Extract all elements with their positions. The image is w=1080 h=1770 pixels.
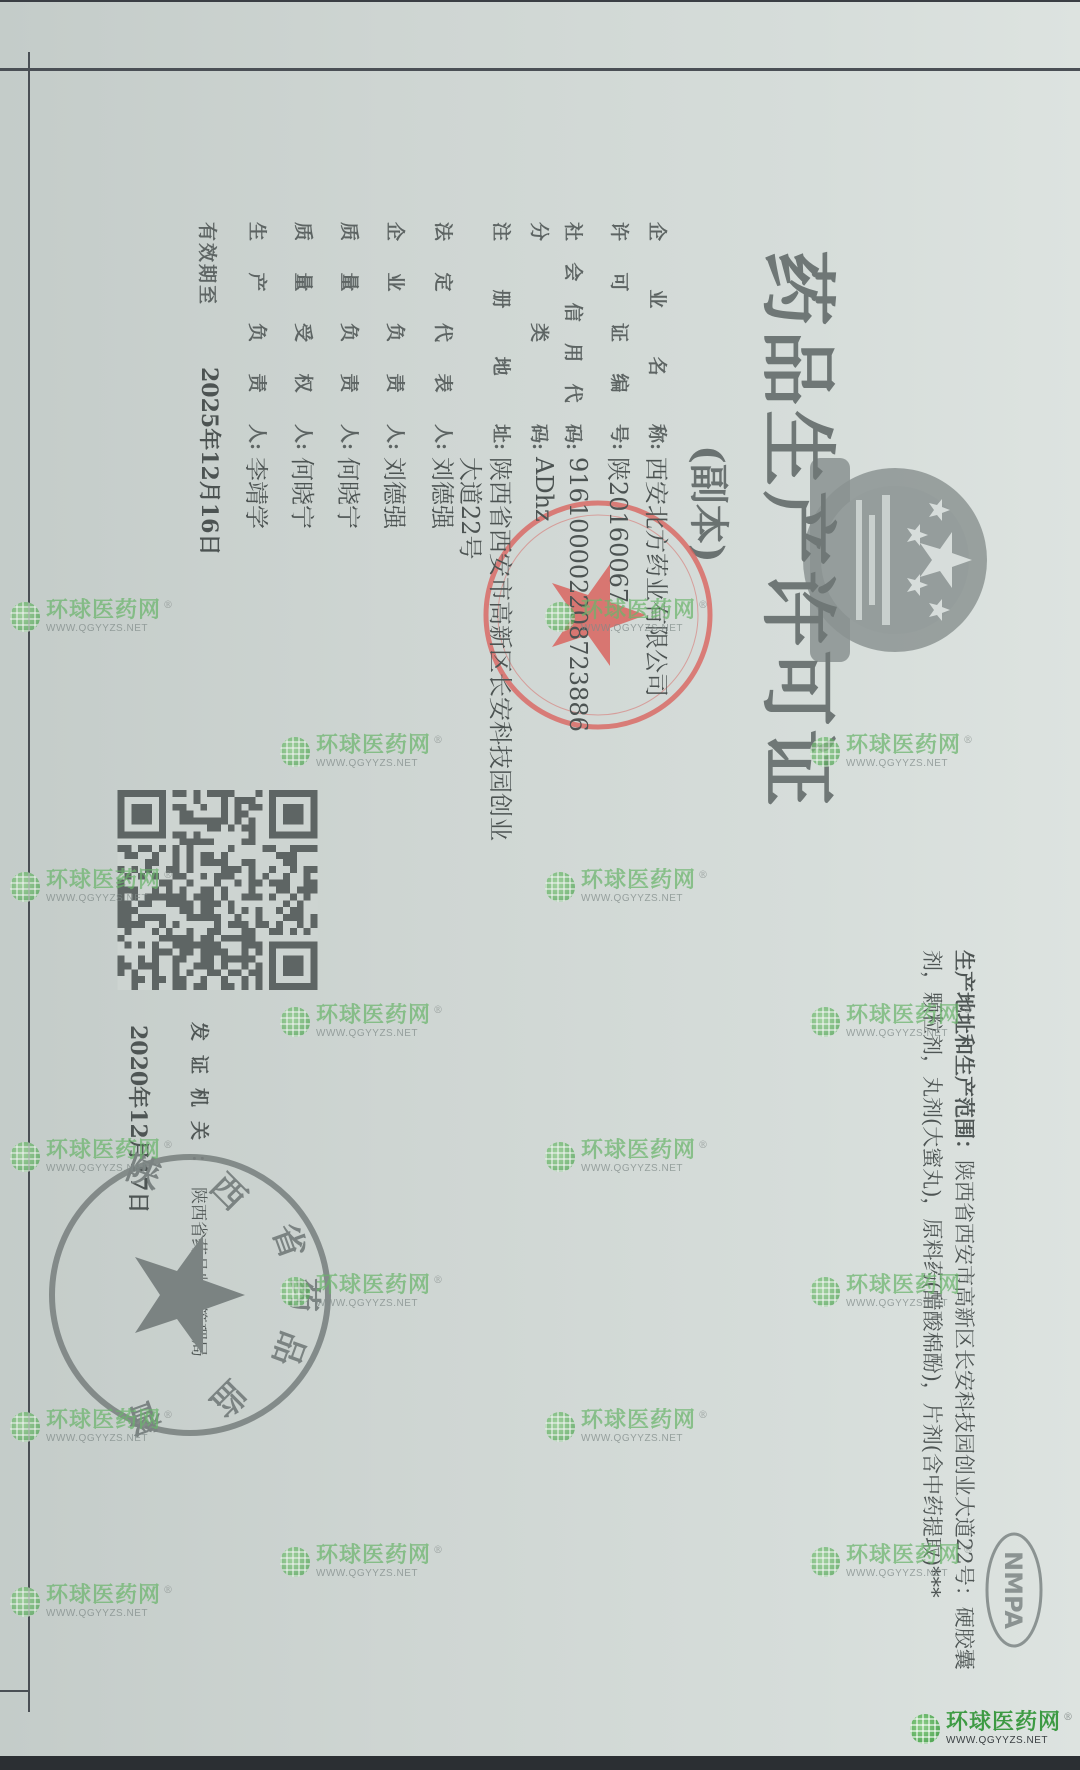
document-title: 药品生产许可证 bbox=[749, 250, 858, 810]
field-label: 许可证编号: bbox=[607, 222, 634, 450]
svg-text:NMPA: NMPA bbox=[999, 1551, 1027, 1629]
credit-code-value: 916100002208723886 bbox=[564, 457, 592, 732]
field-label: 生产负责人: bbox=[245, 222, 272, 450]
watermark-url: WWW.QGYYZS.NET bbox=[46, 1609, 161, 1619]
watermark-logo: 环球医药网WWW.QGYYZS.NET® bbox=[280, 1005, 443, 1039]
watermark-logo: 环球医药网WWW.QGYYZS.NET® bbox=[280, 1275, 443, 1309]
svg-text:监: 监 bbox=[202, 1372, 254, 1424]
watermark-logo: 环球医药网WWW.QGYYZS.NET® bbox=[10, 600, 173, 634]
watermark-name: 环球医药网 bbox=[581, 600, 696, 622]
watermark-name: 环球医药网 bbox=[316, 1545, 431, 1567]
watermark-name: 环球医药网 bbox=[846, 1275, 961, 1297]
globe-icon bbox=[280, 1007, 310, 1037]
watermark-logo: 环球医药网WWW.QGYYZS.NET® bbox=[280, 1545, 443, 1579]
registered-mark: ® bbox=[163, 1585, 173, 1596]
registered-mark: ® bbox=[698, 600, 708, 611]
watermark-logo: 环球医药网WWW.QGYYZS.NET® bbox=[10, 1410, 173, 1444]
watermark-logo: 环球医药网WWW.QGYYZS.NET® bbox=[810, 1005, 973, 1039]
watermark-name: 环球医药网 bbox=[46, 1585, 161, 1607]
watermark-logo: 环球医药网WWW.QGYYZS.NET® bbox=[810, 735, 973, 769]
watermark-name: 环球医药网 bbox=[581, 1140, 696, 1162]
globe-icon bbox=[810, 1547, 840, 1577]
watermark-name: 环球医药网 bbox=[846, 1545, 961, 1567]
globe-icon bbox=[545, 1142, 575, 1172]
watermark-name: 环球医药网 bbox=[46, 870, 161, 892]
watermark-name: 环球医药网 bbox=[46, 1140, 161, 1162]
company-name-value: 西安北方药业有限公司 bbox=[641, 457, 676, 697]
valid-until-label: 有效期至 bbox=[195, 222, 222, 306]
field-label: 企业负责人: bbox=[383, 222, 410, 450]
registered-mark: ® bbox=[698, 870, 708, 881]
enterprise-head-value: 刘德强 bbox=[379, 457, 414, 529]
field-label: 质量受权人: bbox=[291, 222, 318, 450]
watermark-logo: 环球医药网WWW.QGYYZS.NET® bbox=[910, 1712, 1073, 1746]
watermark-name: 环球医药网 bbox=[46, 600, 161, 622]
registered-address-value: 陕西省西安市高新区长安科技园创业 bbox=[485, 457, 520, 841]
watermark-url: WWW.QGYYZS.NET bbox=[846, 759, 961, 769]
field-label: 分类码: bbox=[527, 222, 554, 450]
watermark-url: WWW.QGYYZS.NET bbox=[581, 894, 696, 904]
registered-mark: ® bbox=[163, 1410, 173, 1421]
watermark-name: 环球医药网 bbox=[46, 1410, 161, 1432]
globe-icon bbox=[10, 872, 40, 902]
globe-icon bbox=[810, 1277, 840, 1307]
svg-text:省: 省 bbox=[264, 1218, 313, 1264]
watermark-url: WWW.QGYYZS.NET bbox=[46, 1434, 161, 1444]
field-label: 注册地址: bbox=[489, 222, 516, 450]
watermark-name: 环球医药网 bbox=[581, 1410, 696, 1432]
registered-mark: ® bbox=[163, 870, 173, 881]
quality-authorized-value: 何晓宁 bbox=[287, 457, 322, 529]
registered-mark: ® bbox=[433, 735, 443, 746]
watermark-logo: 环球医药网WWW.QGYYZS.NET® bbox=[810, 1275, 973, 1309]
watermark-url: WWW.QGYYZS.NET bbox=[846, 1299, 961, 1309]
watermark-url: WWW.QGYYZS.NET bbox=[581, 1434, 696, 1444]
watermark-url: WWW.QGYYZS.NET bbox=[581, 624, 696, 634]
watermark-url: WWW.QGYYZS.NET bbox=[846, 1029, 961, 1039]
watermark-url: WWW.QGYYZS.NET bbox=[846, 1569, 961, 1579]
field-label: 社会信用代码: bbox=[561, 222, 588, 450]
legal-representative-value: 刘德强 bbox=[427, 457, 462, 529]
watermark-logo: 环球医药网WWW.QGYYZS.NET® bbox=[10, 1140, 173, 1174]
registered-mark: ® bbox=[163, 600, 173, 611]
registered-mark: ® bbox=[433, 1005, 443, 1016]
watermark-name: 环球医药网 bbox=[316, 1275, 431, 1297]
watermark-logo: 环球医药网WWW.QGYYZS.NET® bbox=[545, 1410, 708, 1444]
globe-icon bbox=[910, 1714, 940, 1744]
svg-text:西: 西 bbox=[202, 1166, 254, 1218]
field-label: 企业名称: bbox=[645, 222, 672, 450]
category-value: ADhz bbox=[530, 457, 558, 522]
quality-head-value: 何晓宁 bbox=[333, 457, 368, 529]
svg-text:品: 品 bbox=[264, 1326, 313, 1372]
watermark-logo: 环球医药网WWW.QGYYZS.NET® bbox=[10, 870, 173, 904]
registered-mark: ® bbox=[698, 1140, 708, 1151]
globe-icon bbox=[810, 737, 840, 767]
registered-mark: ® bbox=[963, 1275, 973, 1286]
registered-mark: ® bbox=[433, 1545, 443, 1556]
watermark-url: WWW.QGYYZS.NET bbox=[316, 1569, 431, 1579]
watermark-logo: 环球医药网WWW.QGYYZS.NET® bbox=[10, 1585, 173, 1619]
watermark-url: WWW.QGYYZS.NET bbox=[46, 624, 161, 634]
globe-icon bbox=[280, 1277, 310, 1307]
license-number-value: 陕20160067 bbox=[603, 457, 638, 603]
valid-until-value: 2025年12月16日 bbox=[195, 367, 226, 555]
registered-mark: ® bbox=[963, 1545, 973, 1556]
production-head-value: 李靖学 bbox=[241, 457, 276, 529]
watermark-url: WWW.QGYYZS.NET bbox=[316, 759, 431, 769]
border-left-frame bbox=[0, 68, 1080, 71]
watermark-url: WWW.QGYYZS.NET bbox=[581, 1164, 696, 1174]
watermark-name: 环球医药网 bbox=[846, 1005, 961, 1027]
registered-mark: ® bbox=[963, 735, 973, 746]
globe-icon bbox=[810, 1007, 840, 1037]
globe-icon bbox=[280, 737, 310, 767]
registered-mark: ® bbox=[963, 1005, 973, 1016]
border-right-corner bbox=[0, 1690, 30, 1692]
globe-icon bbox=[10, 602, 40, 632]
watermark-logo: 环球医药网WWW.QGYYZS.NET® bbox=[545, 600, 708, 634]
watermark-url: WWW.QGYYZS.NET bbox=[46, 894, 161, 904]
globe-icon bbox=[280, 1547, 310, 1577]
globe-icon bbox=[10, 1587, 40, 1617]
globe-icon bbox=[545, 872, 575, 902]
globe-icon bbox=[10, 1142, 40, 1172]
watermark-logo: 环球医药网WWW.QGYYZS.NET® bbox=[545, 1140, 708, 1174]
watermark-logo: 环球医药网WWW.QGYYZS.NET® bbox=[280, 735, 443, 769]
field-label: 质量负责人: bbox=[337, 222, 364, 450]
registered-mark: ® bbox=[698, 1410, 708, 1421]
production-scope-label: 生产地址和生产范围： bbox=[952, 950, 977, 1160]
nmpa-mark-icon: NMPA bbox=[983, 1530, 1045, 1650]
registered-mark: ® bbox=[163, 1140, 173, 1151]
watermark-logo: 环球医药网WWW.QGYYZS.NET® bbox=[545, 870, 708, 904]
watermark-name: 环球医药网 bbox=[581, 870, 696, 892]
globe-icon bbox=[545, 1412, 575, 1442]
watermark-name: 环球医药网 bbox=[316, 735, 431, 757]
field-label: 法定代表人: bbox=[431, 222, 458, 450]
watermark-url: WWW.QGYYZS.NET bbox=[46, 1164, 161, 1174]
registered-mark: ® bbox=[433, 1275, 443, 1286]
globe-icon bbox=[10, 1412, 40, 1442]
watermark-url: WWW.QGYYZS.NET bbox=[946, 1736, 1061, 1746]
watermark-url: WWW.QGYYZS.NET bbox=[316, 1029, 431, 1039]
watermark-name: 环球医药网 bbox=[846, 735, 961, 757]
watermark-url: WWW.QGYYZS.NET bbox=[316, 1299, 431, 1309]
registered-mark: ® bbox=[1063, 1712, 1073, 1723]
watermark-name: 环球医药网 bbox=[316, 1005, 431, 1027]
globe-icon bbox=[545, 602, 575, 632]
watermark-name: 环球医药网 bbox=[946, 1712, 1061, 1734]
watermark-logo: 环球医药网WWW.QGYYZS.NET® bbox=[810, 1545, 973, 1579]
